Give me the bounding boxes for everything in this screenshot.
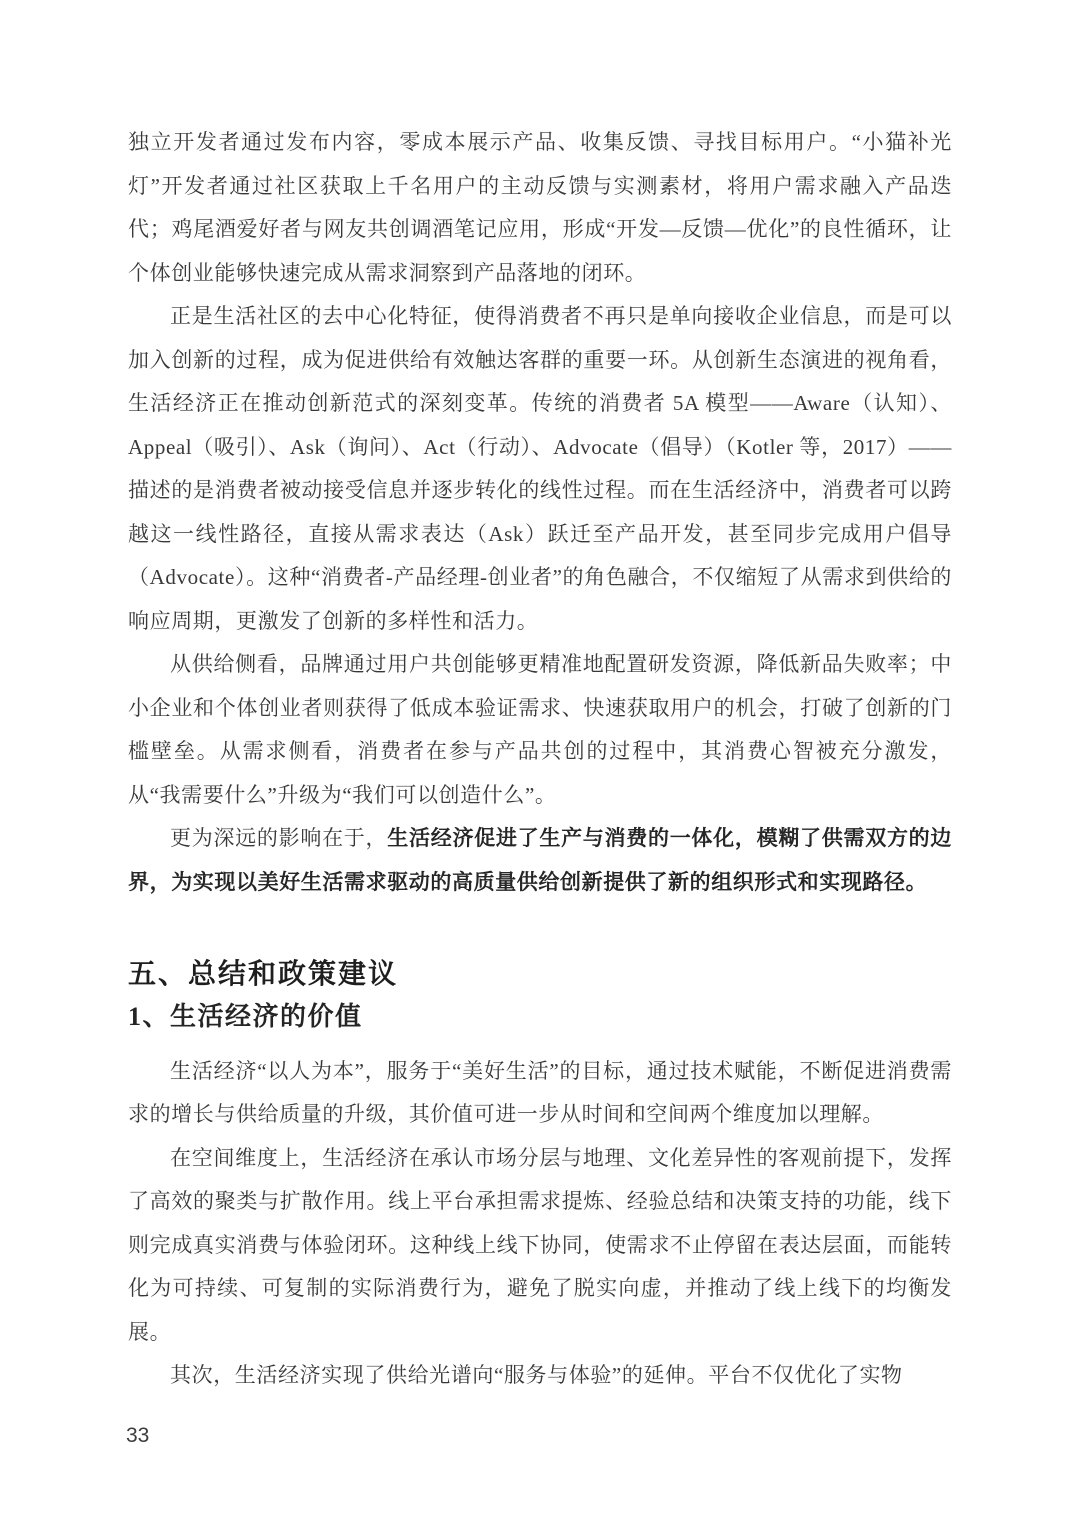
subsection-heading-life-economy-value: 1、生活经济的价值 <box>128 1001 952 1034</box>
paragraph-service-experience-extension: 其次，生活经济实现了供给光谱向“服务与体验”的延伸。平台不仅优化了实物 <box>128 1354 952 1398</box>
paragraph-people-centered: 生活经济“以人为本”，服务于“美好生活”的目标，通过技术赋能，不断促进消费需求的… <box>128 1050 952 1137</box>
document-page: 独立开发者通过发布内容，零成本展示产品、收集反馈、寻找目标用户。“小猫补光灯”开… <box>0 0 1080 1527</box>
paragraph-supply-demand-sides: 从供给侧看，品牌通过用户共创能够更精准地配置研发资源，降低新品失败率；中小企业和… <box>128 643 952 817</box>
page-content: 独立开发者通过发布内容，零成本展示产品、收集反馈、寻找目标用户。“小猫补光灯”开… <box>128 121 952 1398</box>
paragraph-decentralization-5a-model: 正是生活社区的去中心化特征，使得消费者不再只是单向接收企业信息，而是可以加入创新… <box>128 295 952 643</box>
paragraph-deeper-impact: 更为深远的影响在于，生活经济促进了生产与消费的一体化，模糊了供需双方的边界，为实… <box>128 817 952 904</box>
page-number: 33 <box>126 1424 149 1448</box>
paragraph-spatial-dimension: 在空间维度上，生活经济在承认市场分层与地理、文化差异性的客观前提下，发挥了高效的… <box>128 1137 952 1355</box>
paragraph-deeper-impact-lead: 更为深远的影响在于， <box>170 826 387 850</box>
section-heading-summary-policy: 五、总结和政策建议 <box>128 956 952 991</box>
paragraph-indie-developers: 独立开发者通过发布内容，零成本展示产品、收集反馈、寻找目标用户。“小猫补光灯”开… <box>128 121 952 295</box>
